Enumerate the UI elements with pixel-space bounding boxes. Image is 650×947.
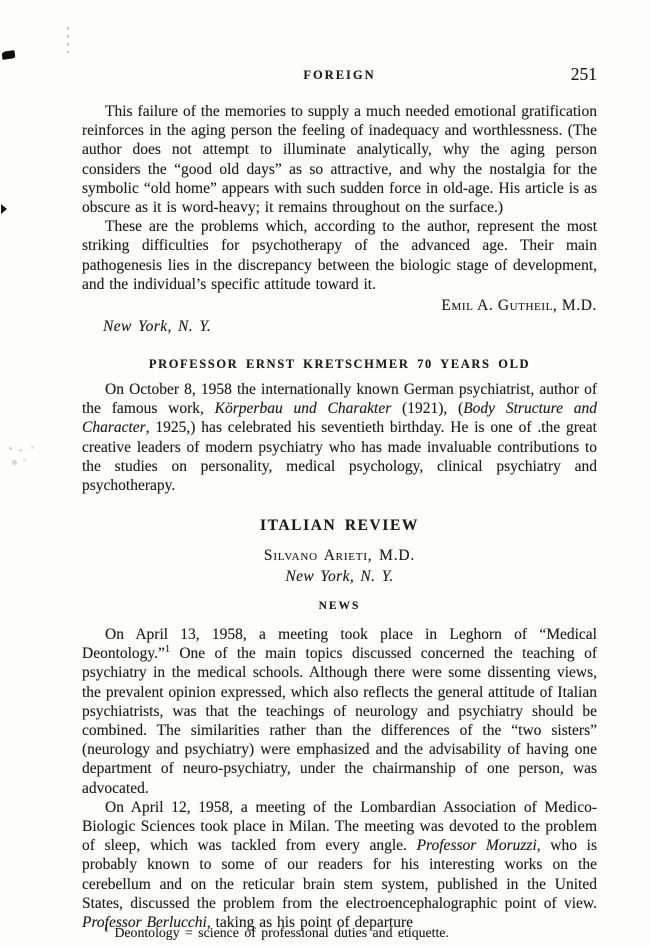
- paragraph: On October 8, 1958 the internationally k…: [82, 380, 597, 495]
- paragraph: These are the problems which, according …: [82, 217, 597, 294]
- paragraph: This failure of the memories to supply a…: [82, 102, 597, 217]
- scan-artifact-smudge: [9, 447, 12, 450]
- kretschmer-section: PROFESSOR ERNST KRETSCHMER 70 YEARS OLD …: [82, 357, 597, 495]
- foreign-review-section: This failure of the memories to supply a…: [82, 102, 597, 337]
- news-paragraph-1: On April 13, 1958, a meeting took place …: [82, 625, 597, 798]
- running-head: FOREIGN: [82, 64, 597, 83]
- footnote-marker: 1: [104, 923, 109, 934]
- footnote: 1 Deontology = science of professional d…: [82, 924, 619, 941]
- signature-location: New York, N. Y.: [82, 316, 597, 337]
- journal-page: FOREIGN 251 This failure of the memories…: [0, 0, 650, 947]
- author-location: New York, N. Y.: [82, 566, 597, 587]
- italian-review-section: ITALIAN REVIEW Silvano Arieti, M.D. New …: [82, 517, 597, 932]
- signature: Emil A. Gutheil, M.D.: [82, 296, 597, 316]
- scan-artifact-triangle: [1, 204, 7, 214]
- footnote-text: Deontology = science of professional dut…: [114, 925, 448, 940]
- page-number: 251: [571, 64, 597, 85]
- news-subheading: NEWS: [82, 600, 597, 612]
- scan-artifact-blob: [2, 50, 16, 60]
- page-header: FOREIGN 251: [82, 64, 597, 86]
- author-byline: Silvano Arieti, M.D.: [82, 545, 597, 566]
- kretschmer-heading: PROFESSOR ERNST KRETSCHMER 70 YEARS OLD: [82, 357, 597, 372]
- italian-review-title: ITALIAN REVIEW: [82, 517, 597, 535]
- scan-artifact-dashes: [67, 27, 69, 53]
- news-paragraph-2: On April 12, 1958, a meeting of the Lomb…: [82, 798, 597, 932]
